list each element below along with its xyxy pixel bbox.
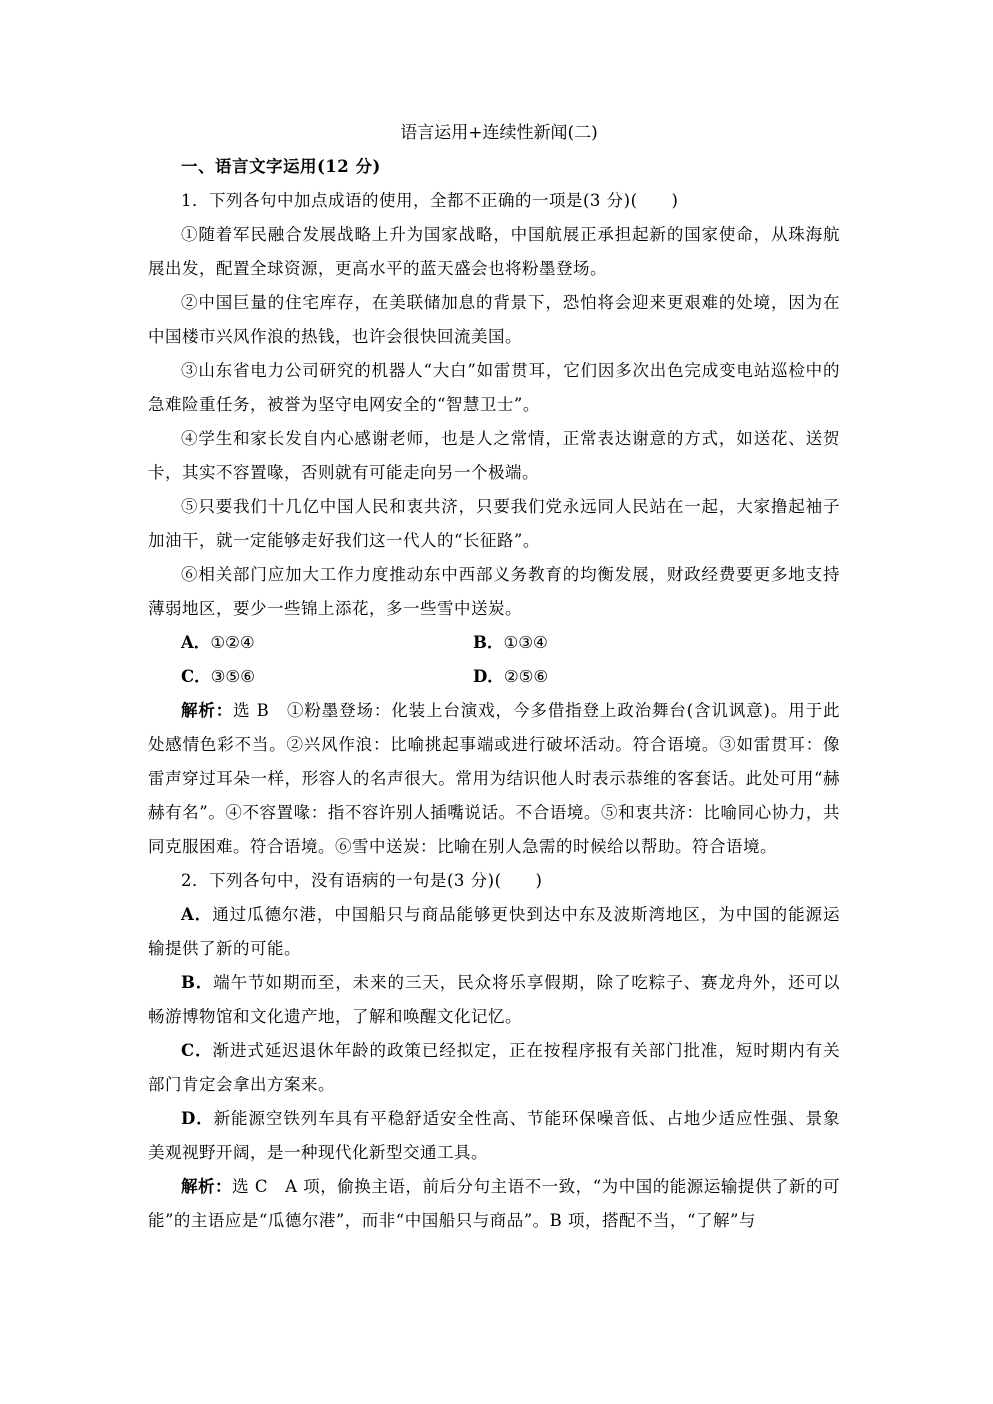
q1-sentence-5: ⑤只要我们十几亿中国人民和衷共济，只要我们党永远同人民站在一起，大家撸起袖子加油… <box>148 490 840 558</box>
q1-sentence-1: ①随着军民融合发展战略上升为国家战略，中国航展正承担起新的国家使命，从珠海航展出… <box>148 218 840 286</box>
q2-option-a: A．通过瓜德尔港，中国船只与商品能够更快到达中东及波斯湾地区，为中国的能源运输提… <box>148 898 840 966</box>
q2-option-c: C．渐进式延迟退休年龄的政策已经拟定，正在按程序报有关部门批准，短时期内有关部门… <box>148 1034 840 1102</box>
q1-sentence-6: ⑥相关部门应加大工作力度推动东中西部义务教育的均衡发展，财政经费要更多地支持薄弱… <box>148 558 840 626</box>
q1-options-row-2: C．③⑤⑥ D．②⑤⑥ <box>148 660 840 694</box>
q1-option-c: C．③⑤⑥ <box>181 660 473 694</box>
page-title: 语言运用+连续性新闻(二) <box>158 116 840 150</box>
q1-sentence-3: ③山东省电力公司研究的机器人“大白”如雷贯耳，它们因多次出色完成变电站巡检中的急… <box>148 354 840 422</box>
q1-option-d: D．②⑤⑥ <box>473 660 765 694</box>
document-page: 语言运用+连续性新闻(二) 一、语言文字运用(12 分) 1．下列各句中加点成语… <box>148 116 840 1238</box>
q1-options-row-1: A．①②④ B．①③④ <box>148 626 840 660</box>
q2-option-d: D．新能源空铁列车具有平稳舒适安全性高、节能环保噪音低、占地少适应性强、景象美观… <box>148 1102 840 1170</box>
q1-option-a: A．①②④ <box>181 626 473 660</box>
question-2-stem: 2．下列各句中，没有语病的一句是(3 分)( ) <box>148 864 840 898</box>
q1-option-b: B．①③④ <box>473 626 765 660</box>
q1-sentence-2: ②中国巨量的住宅库存，在美联储加息的背景下，恐怕将会迎来更艰难的处境，因为在中国… <box>148 286 840 354</box>
q1-sentence-4: ④学生和家长发自内心感谢老师，也是人之常情，正常表达谢意的方式，如送花、送贺卡，… <box>148 422 840 490</box>
question-1-stem: 1．下列各句中加点成语的使用，全都不正确的一项是(3 分)( ) <box>148 184 840 218</box>
question-1-stem-text: 1．下列各句中加点成语的使用，全都不正确的一项是(3 分)( ) <box>181 191 679 210</box>
q2-analysis-text: 选 C A 项，偷换主语，前后分句主语不一致，“为中国的能源运输提供了新的可能”… <box>148 1177 840 1230</box>
q1-analysis-text: 选 B ①粉墨登场：化装上台演戏，今多借指登上政治舞台(含讥讽意)。用于此处感情… <box>148 701 840 856</box>
analysis-label: 解析： <box>181 1177 232 1196</box>
q1-analysis: 解析：选 B ①粉墨登场：化装上台演戏，今多借指登上政治舞台(含讥讽意)。用于此… <box>148 694 840 864</box>
section-heading: 一、语言文字运用(12 分) <box>148 150 840 184</box>
analysis-label: 解析： <box>181 701 233 720</box>
q2-option-b: B．端午节如期而至，未来的三天，民众将乐享假期，除了吃粽子、赛龙舟外，还可以畅游… <box>148 966 840 1034</box>
q2-analysis: 解析：选 C A 项，偷换主语，前后分句主语不一致，“为中国的能源运输提供了新的… <box>148 1170 840 1238</box>
question-2-stem-text: 2．下列各句中，没有语病的一句是(3 分)( ) <box>181 871 543 890</box>
